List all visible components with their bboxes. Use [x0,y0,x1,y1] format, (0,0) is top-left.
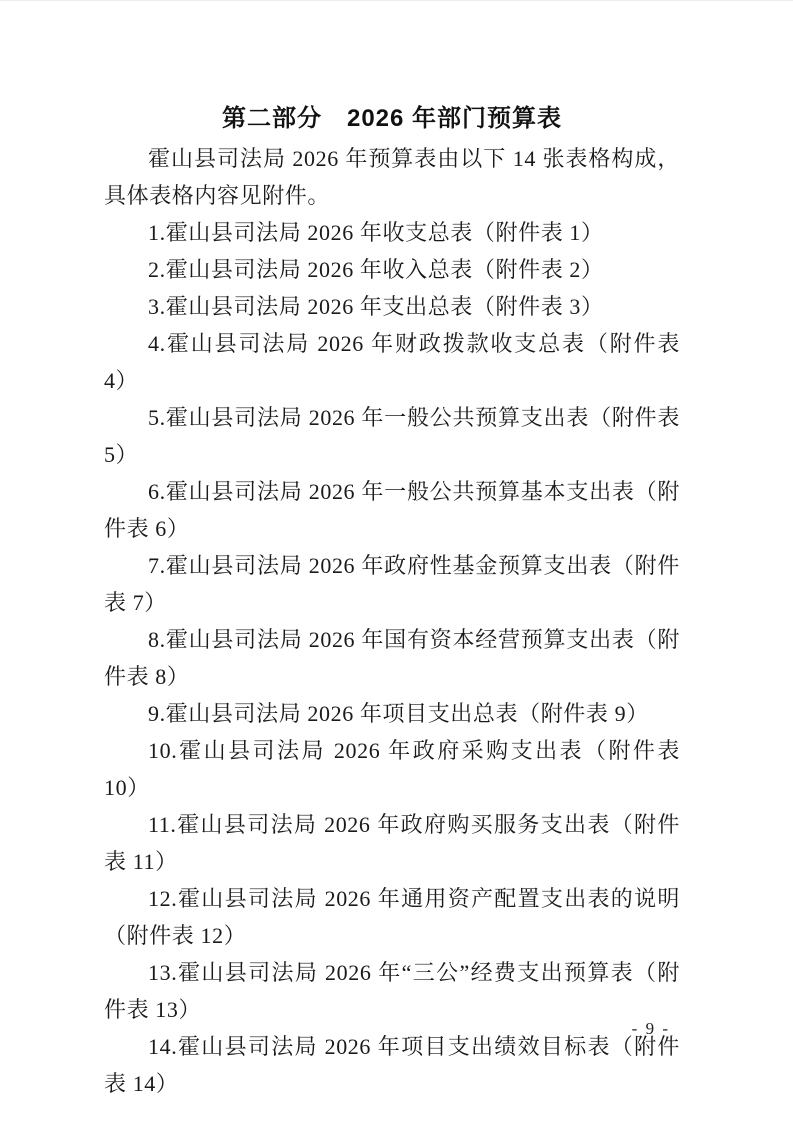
budget-table-list-item: 5.霍山县司法局 2026 年一般公共预算支出表（附件表 5） [104,399,680,473]
budget-table-list-item: 14.霍山县司法局 2026 年项目支出绩效目标表（附件表 14） [104,1028,680,1102]
budget-table-list-item: 13.霍山县司法局 2026 年“三公”经费支出预算表（附件表 13） [104,954,680,1028]
document-body: 第二部分 2026 年部门预算表 霍山县司法局 2026 年预算表由以下 14 … [104,100,680,1102]
budget-table-list-item: 2.霍山县司法局 2026 年收入总表（附件表 2） [104,251,680,288]
document-page: 第二部分 2026 年部门预算表 霍山县司法局 2026 年预算表由以下 14 … [0,0,793,1122]
budget-table-list-item: 9.霍山县司法局 2026 年项目支出总表（附件表 9） [104,695,680,732]
intro-paragraph: 霍山县司法局 2026 年预算表由以下 14 张表格构成，具体表格内容见附件。 [104,140,680,214]
budget-table-list-item: 3.霍山县司法局 2026 年支出总表（附件表 3） [104,288,680,325]
section-title: 第二部分 2026 年部门预算表 [104,100,680,137]
budget-table-list-item: 12.霍山县司法局 2026 年通用资产配置支出表的说明（附件表 12） [104,880,680,954]
budget-table-list-item: 11.霍山县司法局 2026 年政府购买服务支出表（附件表 11） [104,806,680,880]
budget-table-list-item: 10.霍山县司法局 2026 年政府采购支出表（附件表 10） [104,732,680,806]
budget-table-list: 1.霍山县司法局 2026 年收支总表（附件表 1）2.霍山县司法局 2026 … [104,214,680,1102]
budget-table-list-item: 7.霍山县司法局 2026 年政府性基金预算支出表（附件表 7） [104,547,680,621]
budget-table-list-item: 8.霍山县司法局 2026 年国有资本经营预算支出表（附件表 8） [104,621,680,695]
page-number: - 9 - [104,1019,670,1039]
budget-table-list-item: 4.霍山县司法局 2026 年财政拨款收支总表（附件表 4） [104,325,680,399]
budget-table-list-item: 1.霍山县司法局 2026 年收支总表（附件表 1） [104,214,680,251]
budget-table-list-item: 6.霍山县司法局 2026 年一般公共预算基本支出表（附件表 6） [104,473,680,547]
